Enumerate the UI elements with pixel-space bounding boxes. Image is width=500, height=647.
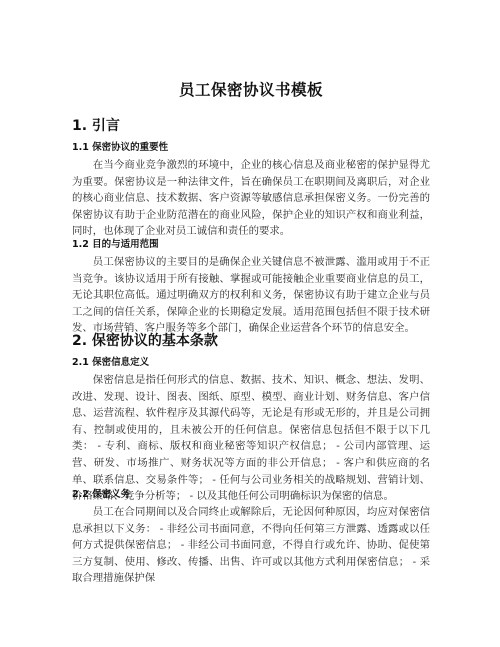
paragraph-confidential-info-definition: 保密信息是指任何形式的信息、数据、技术、知识、概念、想法、发明、改进、发现、设计… bbox=[72, 372, 430, 505]
section-heading-basic-terms: 2. 保密协议的基本条款 bbox=[72, 330, 218, 350]
subsection-heading-purpose-scope: 1.2 目的与适用范围 bbox=[72, 236, 159, 250]
paragraph-purpose-scope: 员工保密协议的主要目的是确保企业关键信息不被泄露、滥用或用于不正当竞争。该协议适… bbox=[72, 254, 430, 337]
paragraph-confidentiality-obligations: 员工在合同期间以及合同终止或解除后，无论因何种原因，均应对保密信息承担以下义务：… bbox=[72, 504, 430, 587]
subsection-heading-confidentiality-obligations: 2.2 保密义务 bbox=[72, 486, 130, 500]
subsection-heading-confidential-info-definition: 2.1 保密信息定义 bbox=[72, 354, 149, 368]
section-heading-introduction: 1. 引言 bbox=[72, 115, 120, 135]
subsection-heading-importance: 1.1 保密协议的重要性 bbox=[72, 139, 168, 153]
document-title: 员工保密协议书模板 bbox=[72, 78, 430, 100]
paragraph-importance: 在当今商业竞争激烈的环境中，企业的核心信息及商业秘密的保护显得尤为重要。保密协议… bbox=[72, 157, 430, 240]
